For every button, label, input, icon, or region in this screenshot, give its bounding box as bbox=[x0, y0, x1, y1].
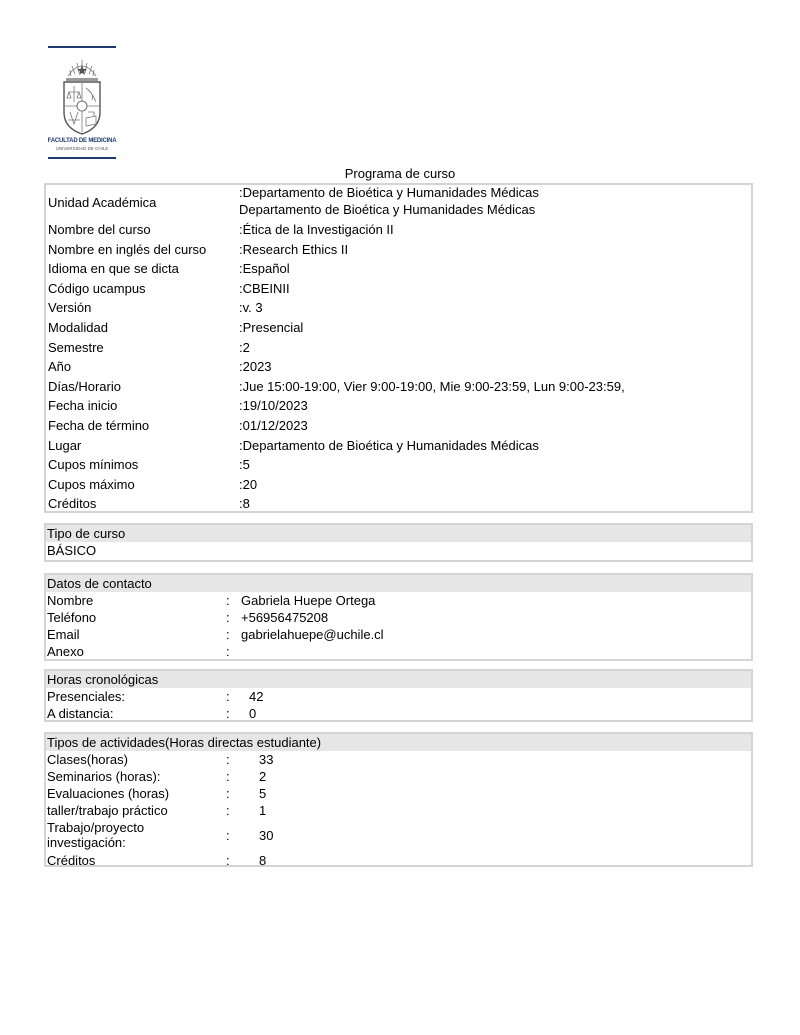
info-value: :19/10/2023 bbox=[239, 396, 308, 416]
row-separator: : bbox=[226, 609, 230, 626]
info-label: Modalidad bbox=[48, 318, 108, 338]
info-label: Fecha de término bbox=[48, 416, 149, 436]
contact-row: Nombre:Gabriela Huepe Ortega bbox=[46, 592, 751, 609]
faculty-logo: FACULTAD DE MEDICINA UNIVERSIDAD DE CHIL… bbox=[46, 46, 118, 160]
row-label: Teléfono bbox=[47, 609, 96, 626]
row-label: Email bbox=[47, 626, 80, 643]
contact-row: Email:gabrielahuepe@uchile.cl bbox=[46, 626, 751, 643]
activities-box: Tipos de actividades(Horas directas estu… bbox=[44, 732, 753, 867]
hours-row: Presenciales::42 bbox=[46, 688, 751, 705]
info-value: :2023 bbox=[239, 357, 272, 377]
row-label: Créditos bbox=[47, 852, 95, 869]
logo-bottom-rule bbox=[48, 157, 116, 159]
hours-row: A distancia::0 bbox=[46, 705, 751, 722]
info-label: Cupos máximo bbox=[48, 475, 135, 495]
row-separator: : bbox=[226, 785, 230, 802]
hours-box: Horas cronológicas Presenciales::42A dis… bbox=[44, 669, 753, 722]
activity-row: Trabajo/proyecto investigación::30 bbox=[46, 819, 751, 852]
info-value: :CBEINII bbox=[239, 279, 290, 299]
info-label: Cupos mínimos bbox=[48, 455, 138, 475]
info-value: :Español bbox=[239, 259, 290, 279]
info-value: :Research Ethics II bbox=[239, 240, 348, 260]
page-title: Programa de curso bbox=[0, 166, 800, 181]
info-label: Idioma en que se dicta bbox=[48, 259, 179, 279]
row-value[interactable]: gabrielahuepe@uchile.cl bbox=[241, 626, 384, 643]
course-type-row: BÁSICO bbox=[46, 542, 751, 560]
info-value: :Presencial bbox=[239, 318, 303, 338]
info-label: Créditos bbox=[48, 494, 96, 514]
row-value: 0 bbox=[249, 705, 256, 722]
info-label: Código ucampus bbox=[48, 279, 146, 299]
row-label: Nombre bbox=[47, 592, 93, 609]
info-label: Lugar bbox=[48, 436, 81, 456]
row-value: 33 bbox=[259, 751, 273, 768]
info-value: :Jue 15:00-19:00, Vier 9:00-19:00, Mie 9… bbox=[239, 377, 625, 397]
info-value-continued: Departamento de Bioética y Humanidades M… bbox=[239, 201, 535, 218]
info-label: Nombre en inglés del curso bbox=[48, 240, 206, 260]
section-header: Horas cronológicas bbox=[46, 671, 751, 688]
row-separator: : bbox=[226, 802, 230, 819]
row-separator: : bbox=[226, 768, 230, 785]
info-label: Semestre bbox=[48, 338, 104, 358]
contact-box: Datos de contacto Nombre:Gabriela Huepe … bbox=[44, 573, 753, 661]
row-value: Gabriela Huepe Ortega bbox=[241, 592, 375, 609]
info-value: :Ética de la Investigación II bbox=[239, 220, 394, 240]
row-label: Presenciales: bbox=[47, 688, 125, 705]
activity-row: Créditos:8 bbox=[46, 852, 751, 869]
contact-row: Anexo: bbox=[46, 643, 751, 660]
row-value: 8 bbox=[259, 852, 266, 869]
row-separator: : bbox=[226, 688, 230, 705]
info-label: Año bbox=[48, 357, 71, 377]
row-separator: : bbox=[226, 626, 230, 643]
activity-row: Evaluaciones (horas):5 bbox=[46, 785, 751, 802]
info-value: :5 bbox=[239, 455, 250, 475]
row-value: 42 bbox=[249, 688, 263, 705]
row-label: A distancia: bbox=[47, 705, 114, 722]
logo-top-rule bbox=[48, 46, 116, 48]
info-label: Unidad Académica bbox=[48, 193, 156, 212]
info-label: Versión bbox=[48, 298, 91, 318]
row-value: 2 bbox=[259, 768, 266, 785]
info-label: Días/Horario bbox=[48, 377, 121, 397]
faculty-name: FACULTAD DE MEDICINA bbox=[46, 138, 118, 144]
row-label: Evaluaciones (horas) bbox=[47, 785, 169, 802]
row-value: 5 bbox=[259, 785, 266, 802]
info-value: :8 bbox=[239, 494, 250, 514]
row-separator: : bbox=[226, 705, 230, 722]
row-separator: : bbox=[226, 643, 230, 660]
row-separator: : bbox=[226, 751, 230, 768]
university-shield-crest-icon bbox=[58, 54, 106, 136]
section-header: Datos de contacto bbox=[46, 575, 751, 592]
contact-row: Teléfono:+56956475208 bbox=[46, 609, 751, 626]
row-separator: : bbox=[226, 592, 230, 609]
section-header: Tipo de curso bbox=[46, 525, 751, 542]
activity-row: Seminarios (horas)::2 bbox=[46, 768, 751, 785]
row-separator: : bbox=[226, 852, 230, 869]
activity-row: taller/trabajo práctico:1 bbox=[46, 802, 751, 819]
row-label: Clases(horas) bbox=[47, 751, 128, 768]
row-value: 1 bbox=[259, 802, 266, 819]
course-type-value: BÁSICO bbox=[47, 542, 96, 560]
row-label: Trabajo/proyecto investigación: bbox=[47, 820, 197, 850]
section-header: Tipos de actividades(Horas directas estu… bbox=[46, 734, 751, 751]
info-value: :Departamento de Bioética y Humanidades … bbox=[239, 436, 539, 456]
course-info-box: Unidad Académica :Departamento de Bioéti… bbox=[44, 183, 753, 513]
info-value: :20 bbox=[239, 475, 257, 495]
row-value: 30 bbox=[259, 819, 273, 852]
course-type-box: Tipo de curso BÁSICO bbox=[44, 523, 753, 562]
info-label: Nombre del curso bbox=[48, 220, 151, 240]
row-label: taller/trabajo práctico bbox=[47, 802, 168, 819]
row-label: Seminarios (horas): bbox=[47, 768, 160, 785]
activity-row: Clases(horas):33 bbox=[46, 751, 751, 768]
info-value: :v. 3 bbox=[239, 298, 263, 318]
row-separator: : bbox=[226, 819, 230, 852]
university-name: UNIVERSIDAD DE CHILE bbox=[46, 146, 118, 151]
info-label: Fecha inicio bbox=[48, 396, 117, 416]
info-value: :01/12/2023 bbox=[239, 416, 308, 436]
info-value: :Departamento de Bioética y Humanidades … bbox=[239, 184, 539, 201]
row-value: +56956475208 bbox=[241, 609, 328, 626]
info-value: :2 bbox=[239, 338, 250, 358]
row-label: Anexo bbox=[47, 643, 84, 660]
